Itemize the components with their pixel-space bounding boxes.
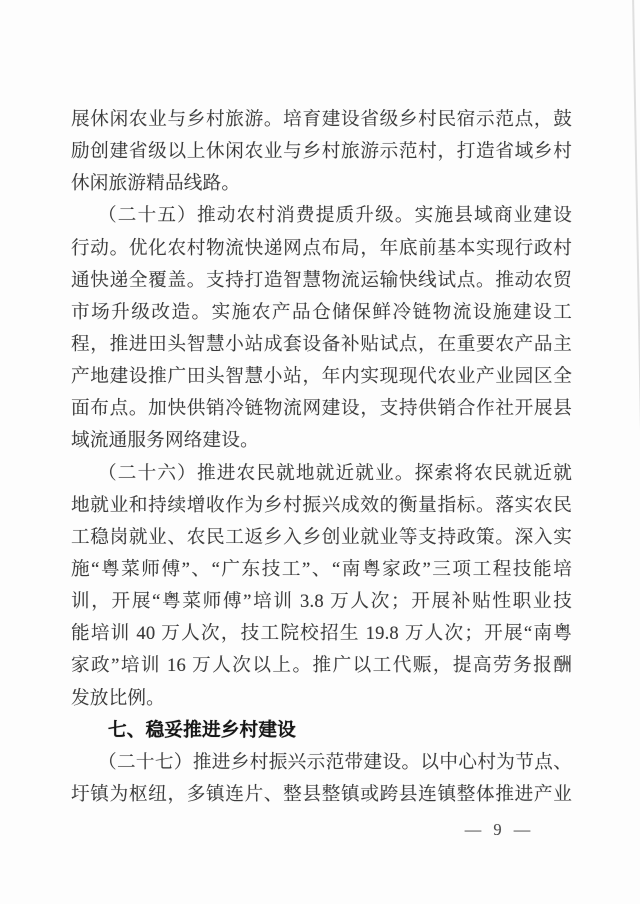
document-text-block: 展休闲农业与乡村旅游。培育建设省级乡村民宿示范点，鼓 励创建省级以上休闲农业与乡…	[71, 104, 572, 811]
text-line: 展休闲农业与乡村旅游。培育建设省级乡村民宿示范点，鼓	[71, 104, 572, 136]
text-line-item-25-start: （二十五）推动农村消费提质升级。实施县域商业建设	[71, 200, 572, 232]
text-line: 地就业和持续增收作为乡村振兴成效的衡量指标。落实农民	[71, 490, 572, 522]
text-line: 训，开展“粤菜师傅”培训 3.8 万人次；开展补贴性职业技	[71, 586, 572, 618]
text-line: 通快递全覆盖。支持打造智慧物流运输快线试点。推动农贸	[71, 265, 572, 297]
text-line: 域流通服务网络建设。	[71, 425, 572, 457]
page-number: — 9 —	[448, 818, 548, 842]
text-line: 产地建设推广田头智慧小站，年内实现现代农业产业园区全	[71, 361, 572, 393]
text-line: 圩镇为枢纽，多镇连片、整县整镇或跨县连镇整体推进产业	[71, 779, 572, 811]
text-line: 施“粤菜师傅”、“广东技工”、“南粤家政”三项工程技能培	[71, 554, 572, 586]
text-line: 面布点。加快供销冷链物流网建设，支持供销合作社开展县	[71, 393, 572, 425]
document-page: 展休闲农业与乡村旅游。培育建设省级乡村民宿示范点，鼓 励创建省级以上休闲农业与乡…	[0, 0, 640, 904]
text-line: 励创建省级以上休闲农业与乡村旅游示范村，打造省域乡村	[71, 136, 572, 168]
text-line: 发放比例。	[71, 683, 572, 715]
text-line: 家政”培训 16 万人次以上。推广以工代赈，提高劳务报酬	[71, 650, 572, 682]
section-heading: 七、稳妥推进乡村建设	[71, 715, 572, 747]
text-line: 能培训 40 万人次，技工院校招生 19.8 万人次；开展“南粤	[71, 618, 572, 650]
text-line: 工稳岗就业、农民工返乡入乡创业就业等支持政策。深入实	[71, 522, 572, 554]
scan-artifact-line	[632, 0, 640, 882]
text-line-item-26-start: （二十六）推进农民就地就近就业。探索将农民就近就	[71, 458, 572, 490]
text-line: 休闲旅游精品线路。	[71, 168, 572, 200]
text-line: 市场升级改造。实施农产品仓储保鲜冷链物流设施建设工	[71, 297, 572, 329]
text-line-item-27-start: （二十七）推进乡村振兴示范带建设。以中心村为节点、	[71, 747, 572, 779]
text-line: 程，推进田头智慧小站成套设备补贴试点，在重要农产品主	[71, 329, 572, 361]
text-line: 行动。优化农村物流快递网点布局，年底前基本实现行政村	[71, 233, 572, 265]
